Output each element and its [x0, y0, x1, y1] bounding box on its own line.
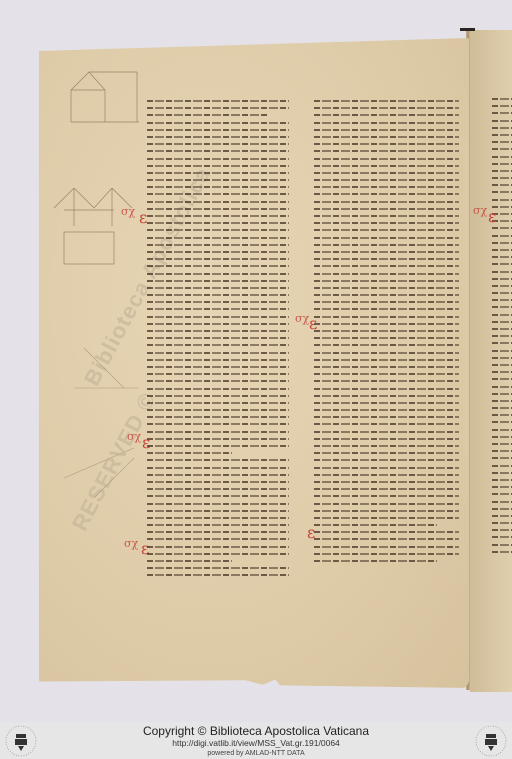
folio-page: Biblioteca Apostolica RESERVED © σχ ε σχ… [39, 38, 469, 688]
text-column-right [314, 100, 459, 567]
geometric-diagram-zigzag [54, 188, 134, 268]
copyright-text: Copyright © Biblioteca Apostolica Vatica… [0, 725, 512, 738]
powered-by-text: powered by AMLAD-NTT DATA [0, 749, 512, 758]
geometric-diagram-house [59, 68, 139, 128]
vatican-library-seal-icon [4, 724, 38, 758]
margin-scholion-mark: σχ [295, 312, 309, 325]
margin-scholion-mark: σχ [124, 537, 138, 550]
margin-scholion-mark: σχ [121, 205, 135, 218]
bookmark-strip [460, 28, 475, 31]
copyright-footer: Copyright © Biblioteca Apostolica Vatica… [0, 722, 512, 759]
rubric-initial: ε [488, 207, 496, 226]
margin-scholion-mark: σχ [127, 430, 141, 443]
margin-scholion-mark: σχ [473, 204, 487, 217]
vatican-library-seal-icon [474, 724, 508, 758]
manuscript-scan: Biblioteca Apostolica RESERVED © σχ ε σχ… [0, 0, 512, 722]
source-url[interactable]: http://digi.vatlib.it/view/MSS_Vat.gr.19… [0, 738, 512, 749]
next-folio-text [492, 98, 512, 558]
text-column-left [147, 100, 289, 582]
